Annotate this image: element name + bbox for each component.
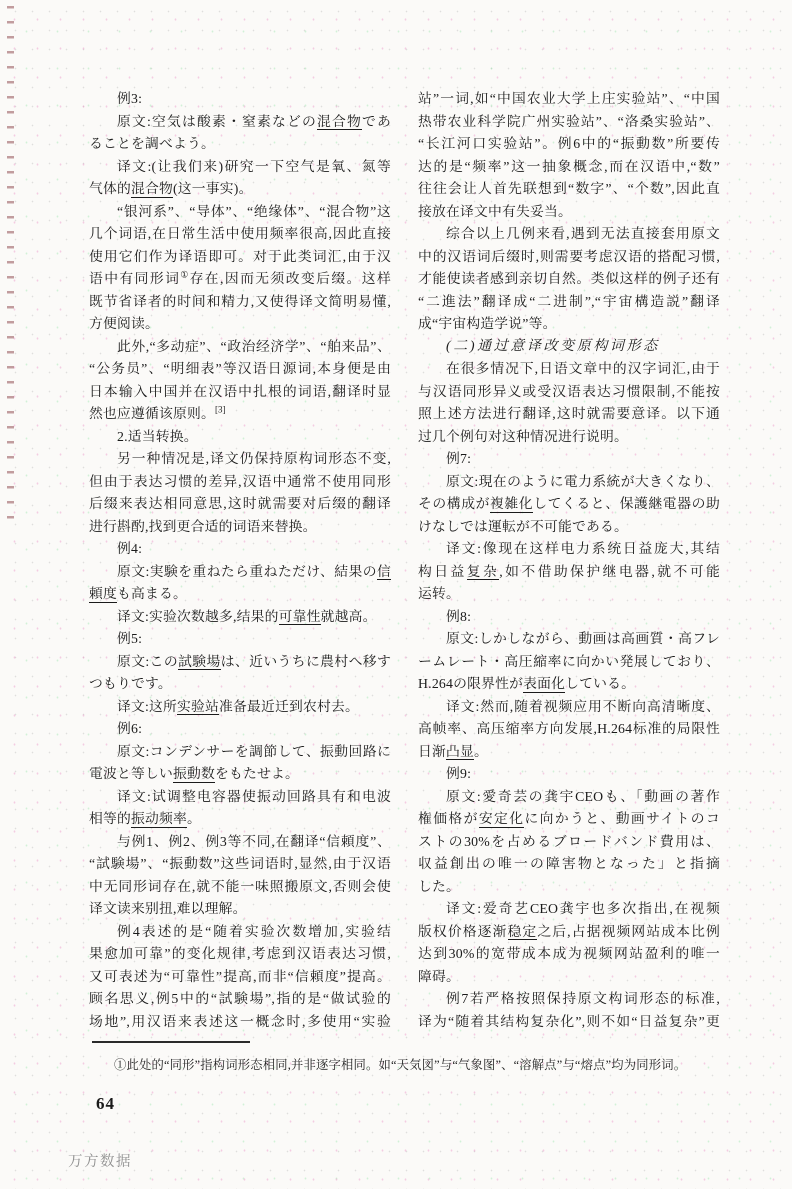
text-line: 几个词语,在日常生活中使用频率很高,因此直接 (89, 223, 391, 246)
text-line: つもりです。 (89, 673, 391, 696)
text-line: けなしでは運転が不可能である。 (418, 516, 720, 539)
text-line: ることを調べよう。 (89, 133, 391, 156)
text-segment: 才能使读者感到亲切自然。类似这样的例子还有 (418, 271, 720, 286)
text-segment: 2.适当转换。 (117, 429, 198, 444)
text-segment: 電波と等しい (89, 766, 173, 781)
underlined-term: 可靠性 (279, 609, 321, 626)
underlined-term: 振动频率 (131, 811, 187, 828)
text-segment: 版权价格逐渐 (418, 924, 508, 939)
text-segment: 果愈加可靠”的变化规律,考虑到汉语表达习惯, (89, 946, 391, 961)
text-segment: (二)通过意译改变原构词形态 (446, 339, 660, 354)
text-segment: 原文:しかしながら、動画は高画質・高フレ (446, 631, 720, 646)
text-line: 气体的混合物(这一事实)。 (89, 178, 391, 201)
text-line: 此外,“多动症”、“政治经济学”、“舶来品”、 (89, 336, 391, 359)
text-line: 译为“随着其结构复杂化”,则不如“日益复杂”更 (418, 1011, 720, 1034)
text-line: 中的汉语词后缀时,则需要考虑汉语的搭配习惯, (418, 246, 720, 269)
text-line: 原文:この試験場は、近いうちに農村へ移す (89, 651, 391, 674)
text-line: 日本输入中国并在汉语中扎根的词语,翻译时显 (89, 381, 391, 404)
text-segment: 既节省译者的时间和精力,又使得译文简明易懂, (89, 294, 391, 309)
text-line: 场地”,用汉语来表述这一概念时,多使用“实验 (89, 1011, 391, 1034)
text-segment: 场地”,用汉语来表述这一概念时,多使用“实验 (89, 1014, 391, 1029)
text-segment: 原文:空気は酸素・窒素などの (117, 114, 317, 129)
text-line: 例3: (89, 88, 391, 111)
text-line: 译文:然而,随着视频应用不断向高清晰度、 (418, 696, 720, 719)
text-line: 译文:实验次数越多,结果的可靠性就越高。 (89, 606, 391, 629)
text-line: 使用它们作为译语即可。对于此类词汇,由于汉 (89, 246, 391, 269)
text-segment: 例4: (117, 541, 142, 556)
text-line: 原文:実験を重ねたら重ねただけ、結果の信 (89, 561, 391, 584)
text-segment: 译文读来别扭,难以理解。 (89, 901, 247, 916)
text-line: 进行斟酌,找到更合适的词语来替换。 (89, 516, 391, 539)
text-line: 障碍。 (418, 966, 720, 989)
text-line: 版权价格逐渐稳定之后,占据视频网站成本比例 (418, 921, 720, 944)
text-line: 热带农业科学院广州实验站”、“洛桑实验站”、 (418, 111, 720, 134)
text-line: ームレート・高圧縮率に向かい発展しており、 (418, 651, 720, 674)
text-line: 日渐凸显。 (418, 741, 720, 764)
text-line: 中无同形词存在,就不能一味照搬原文,否则会使 (89, 876, 391, 899)
scanned-page: 例3:原文:空気は酸素・窒素などの混合物であることを調べよう。译文:(让我们来)… (0, 0, 792, 1189)
superscript-ref: [3] (215, 404, 226, 414)
text-line: 综合以上几例来看,遇到无法直接套用原文 (418, 223, 720, 246)
text-line: した。 (418, 876, 720, 899)
text-segment: 原文:愛奇芸の龚宇CEOも、「動画の著作 (446, 789, 720, 804)
text-segment: 原文:コンデンサーを調節して、振動回路に (117, 744, 391, 759)
text-segment: 方便阅读。 (89, 316, 159, 331)
text-line: H.264の限界性が表面化している。 (418, 673, 720, 696)
text-segment: も高まる。 (117, 586, 187, 601)
text-line: 过几个例句对这种情况进行说明。 (418, 426, 720, 449)
text-segment: 准备最近迁到农村去。 (219, 699, 359, 714)
footnote-text: ①此处的“同形”指构词形态相同,并非逐字相同。如“天気図”与“气象图”、“溶解点… (89, 1057, 723, 1074)
underlined-term: 混合物 (317, 114, 362, 131)
text-line: 译文:爱奇艺CEO龚宇也多次指出,在视频 (418, 898, 720, 921)
footnote-divider (92, 1041, 250, 1043)
text-line: 権価格が安定化に向かうと、動画サイトのコ (418, 808, 720, 831)
text-segment: 中的汉语词后缀时,则需要考虑汉语的搭配习惯, (418, 249, 720, 264)
text-line: 原文:コンデンサーを調節して、振動回路に (89, 741, 391, 764)
text-segment: 另一种情况是,译文仍保持原构词形态不变, (117, 451, 391, 466)
text-line: 頼度も高まる。 (89, 583, 391, 606)
text-segment: 站”一词,如“中国农业大学上庄实验站”、“中国 (418, 91, 720, 106)
text-segment: 热带农业科学院广州实验站”、“洛桑实验站”、 (418, 114, 720, 129)
text-segment: 在很多情况下,日语文章中的汉字词汇,由于 (446, 361, 720, 376)
text-segment: H.264の限界性が (418, 676, 523, 691)
text-segment: 译文:实验次数越多,结果的 (117, 609, 279, 624)
text-line: 高帧率、高压缩率方向发展,H.264标准的局限性 (418, 718, 720, 741)
text-segment: 往往会让人首先联想到“数字”、“个数”,因此直 (418, 181, 720, 196)
text-line: 顾名思义,例5中的“試験場”,指的是“做试验的 (89, 988, 391, 1011)
text-segment: 例5: (117, 631, 142, 646)
text-segment: 译文:试调整电容器使振动回路具有和电波 (117, 789, 391, 804)
text-line: “二進法”翻译成“二进制”,“宇宙構造説”翻译 (418, 291, 720, 314)
text-segment: けなしでは運転が不可能である。 (418, 519, 628, 534)
underlined-term: 混合物 (131, 181, 173, 198)
text-line: 収益創出の唯一の障害物となった」と指摘 (418, 853, 720, 876)
text-segment: (这一事实)。 (173, 181, 253, 196)
text-segment: 例6: (117, 721, 142, 736)
superscript-ref: ① (180, 269, 189, 279)
text-line: 電波と等しい振動数をもたせよ。 (89, 763, 391, 786)
text-line: 译文读来别扭,难以理解。 (89, 898, 391, 921)
text-line: ストの30%を占めるブロードバンド費用は、 (418, 831, 720, 854)
text-segment: その構成が (418, 496, 490, 511)
text-segment: に向かうと、動画サイトのコ (524, 811, 720, 826)
text-line: 原文:空気は酸素・窒素などの混合物であ (89, 111, 391, 134)
text-segment: 原文:現在のように電力系統が大きくなり、 (446, 474, 720, 489)
text-segment: 原文:この (117, 654, 178, 669)
text-segment: をもたせよ。 (215, 766, 299, 781)
text-segment: 例3: (117, 91, 142, 106)
underlined-term: 稳定 (508, 924, 538, 941)
text-line: 运转。 (418, 583, 720, 606)
text-line: 原文:しかしながら、動画は高画質・高フレ (418, 628, 720, 651)
text-line: “长江河口实验站”。例6中的“振動数”所要传 (418, 133, 720, 156)
text-segment: 日本输入中国并在汉语中扎根的词语,翻译时显 (89, 384, 391, 399)
text-segment: “银河系”、“导体”、“绝缘体”、“混合物”这 (117, 204, 391, 219)
text-line: 例7: (418, 448, 720, 471)
text-line: 例9: (418, 763, 720, 786)
text-segment: 成“宇宙构造学说”等。 (418, 316, 557, 331)
text-line: 果愈加可靠”的变化规律,考虑到汉语表达习惯, (89, 943, 391, 966)
text-segment: 后缀来表达相同意思,这时就需要对后缀的翻译 (89, 496, 391, 511)
text-segment: 例9: (446, 766, 471, 781)
text-line: 例5: (89, 628, 391, 651)
text-line: 照上述方法进行翻译,这时就需要意译。以下通 (418, 403, 720, 426)
text-segment: 几个词语,在日常生活中使用频率很高,因此直接 (89, 226, 391, 241)
text-segment: 例8: (446, 609, 471, 624)
page-number: 64 (96, 1094, 115, 1114)
text-line: 例4表述的是“随着实验次数增加,实验结 (89, 921, 391, 944)
text-segment: 气体的 (89, 181, 131, 196)
text-segment: 存在,因而无须改变后缀。这样 (190, 271, 391, 286)
text-line: 在很多情况下,日语文章中的汉字词汇,由于 (418, 358, 720, 381)
text-segment: “公务员”、“明细表”等汉语日源词,本身便是由 (89, 361, 391, 376)
text-segment: 与例1、例2、例3等不同,在翻译“信頼度”、 (117, 834, 391, 849)
underlined-term: 頼度 (89, 586, 117, 603)
text-segment: 。 (474, 744, 488, 759)
text-line: 例4: (89, 538, 391, 561)
text-segment: 例7若严格按照保持原文构词形态的标准, (446, 991, 720, 1006)
text-line: 例8: (418, 606, 720, 629)
text-line: 构日益复杂,如不借助保护继电器,就不可能 (418, 561, 720, 584)
text-line: 既节省译者的时间和精力,又使得译文简明易懂, (89, 291, 391, 314)
text-line: 后缀来表达相同意思,这时就需要对后缀的翻译 (89, 493, 391, 516)
text-segment: 。 (187, 811, 201, 826)
text-segment: 译为“随着其结构复杂化”,则不如“日益复杂”更 (418, 1014, 720, 1029)
text-line: 译文:像现在这样电力系统日益庞大,其结 (418, 538, 720, 561)
text-segment: であ (362, 114, 391, 129)
text-segment: “二進法”翻译成“二进制”,“宇宙構造説”翻译 (418, 294, 720, 309)
text-segment: 日渐 (418, 744, 446, 759)
underlined-term: 凸显 (446, 744, 474, 761)
text-segment: 译文:这所 (117, 699, 177, 714)
text-segment: 照上述方法进行翻译,这时就需要意译。以下通 (418, 406, 720, 421)
text-segment: 障碍。 (418, 969, 460, 984)
left-column: 例3:原文:空気は酸素・窒素などの混合物であることを調べよう。译文:(让我们来)… (89, 88, 391, 1033)
text-segment: 运转。 (418, 586, 460, 601)
text-segment: 达到30%的宽带成本成为视频网站盈利的唯一 (418, 946, 720, 961)
text-segment: 中无同形词存在,就不能一味照搬原文,否则会使 (89, 879, 391, 894)
text-segment: 原文:実験を重ねたら重ねただけ、結果の (117, 564, 377, 579)
underlined-term: 实验站 (177, 699, 219, 716)
text-segment: は、近いうちに農村へ移す (221, 654, 391, 669)
text-segment: 又可表述为“可靠性”提高,而非“信頼度”提高。 (89, 969, 391, 984)
text-line: 然也应遵循该原则。[3] (89, 403, 391, 426)
text-line: 达到30%的宽带成本成为视频网站盈利的唯一 (418, 943, 720, 966)
text-segment: 进行斟酌,找到更合适的词语来替换。 (89, 519, 317, 534)
text-segment: 译文:然而,随着视频应用不断向高清晰度、 (446, 699, 720, 714)
text-line: 才能使读者感到亲切自然。类似这样的例子还有 (418, 268, 720, 291)
text-line: 与汉语同形异义或受汉语表达习惯限制,不能按 (418, 381, 720, 404)
section-heading-line: (二)通过意译改变原构词形态 (418, 336, 720, 359)
underlined-term: 振動数 (173, 766, 215, 783)
text-segment: 达的是“频率”这一抽象概念,而在汉语中,“数” (418, 159, 720, 174)
text-segment: 与汉语同形异义或受汉语表达习惯限制,不能按 (418, 384, 720, 399)
text-segment: “試験場”、“振動数”这些词语时,显然,由于汉语 (89, 856, 391, 871)
text-line: 2.适当转换。 (89, 426, 391, 449)
text-segment: ームレート・高圧縮率に向かい発展しており、 (418, 654, 720, 669)
text-line: “試験場”、“振動数”这些词语时,显然,由于汉语 (89, 853, 391, 876)
text-line: 例6: (89, 718, 391, 741)
text-segment: ることを調べよう。 (89, 136, 215, 151)
text-segment: 顾名思义,例5中的“試験場”,指的是“做试验的 (89, 991, 391, 1006)
text-segment: 译文:像现在这样电力系统日益庞大,其结 (446, 541, 720, 556)
text-line: 译文:试调整电容器使振动回路具有和电波 (89, 786, 391, 809)
text-segment: 然也应遵循该原则。 (89, 406, 215, 421)
text-segment: つもりです。 (89, 676, 172, 691)
text-line: 相等的振动频率。 (89, 808, 391, 831)
text-line: 译文:这所实验站准备最近迁到农村去。 (89, 696, 391, 719)
right-column: 站”一词,如“中国农业大学上庄实验站”、“中国热带农业科学院广州实验站”、“洛桑… (418, 88, 720, 1033)
text-segment: 过几个例句对这种情况进行说明。 (418, 429, 628, 444)
text-segment: してくると、保護継電器の助 (533, 496, 720, 511)
text-segment: 接放在译文中有失妥当。 (418, 204, 572, 219)
scan-artifact-marks (7, 6, 14, 524)
text-line: 达的是“频率”这一抽象概念,而在汉语中,“数” (418, 156, 720, 179)
watermark-wanfang: 万方数据 (68, 1150, 132, 1171)
text-segment: ストの30%を占めるブロードバンド費用は、 (418, 834, 720, 849)
text-line: 原文:現在のように電力系統が大きくなり、 (418, 471, 720, 494)
text-segment: “长江河口实验站”。例6中的“振動数”所要传 (418, 136, 720, 151)
text-line: 方便阅读。 (89, 313, 391, 336)
text-line: 成“宇宙构造学说”等。 (418, 313, 720, 336)
text-segment: 収益創出の唯一の障害物となった」と指摘 (418, 856, 720, 871)
text-segment: 例4表述的是“随着实验次数增加,实验结 (117, 924, 391, 939)
underlined-term: 安定化 (479, 811, 525, 828)
text-line: 另一种情况是,译文仍保持原构词形态不变, (89, 448, 391, 471)
text-line: 往往会让人首先联想到“数字”、“个数”,因此直 (418, 178, 720, 201)
text-line: 语中有同形词①存在,因而无须改变后缀。这样 (89, 268, 391, 291)
text-segment: 译文:(让我们来)研究一下空气是氧、氮等 (117, 159, 391, 174)
text-line: 站”一词,如“中国农业大学上庄实验站”、“中国 (418, 88, 720, 111)
text-segment: 使用它们作为译语即可。对于此类词汇,由于汉 (89, 249, 391, 264)
underlined-term: 表面化 (523, 676, 565, 693)
underlined-term: 試験場 (178, 654, 221, 671)
underlined-term: 信 (377, 564, 391, 581)
text-segment: 但由于表达习惯的差异,汉语中通常不使用同形 (89, 474, 391, 489)
text-segment: 権価格が (418, 811, 479, 826)
text-segment: 此外,“多动症”、“政治经济学”、“舶来品”、 (117, 339, 391, 354)
text-segment: 构日益 (418, 564, 467, 579)
text-line: 与例1、例2、例3等不同,在翻译“信頼度”、 (89, 831, 391, 854)
text-segment: している。 (565, 676, 635, 691)
text-segment: 语中有同形词 (89, 271, 180, 286)
text-line: 但由于表达习惯的差异,汉语中通常不使用同形 (89, 471, 391, 494)
text-segment: 相等的 (89, 811, 131, 826)
text-segment: 译文:爱奇艺CEO龚宇也多次指出,在视频 (446, 901, 720, 916)
text-line: 原文:愛奇芸の龚宇CEOも、「動画の著作 (418, 786, 720, 809)
text-line: その構成が複雑化してくると、保護継電器の助 (418, 493, 720, 516)
text-segment: ,如不借助保护继电器,就不可能 (499, 564, 720, 579)
text-line: “银河系”、“导体”、“绝缘体”、“混合物”这 (89, 201, 391, 224)
text-segment: 高帧率、高压缩率方向发展,H.264标准的局限性 (418, 721, 720, 736)
underlined-term: 复杂 (467, 564, 500, 581)
text-line: 又可表述为“可靠性”提高,而非“信頼度”提高。 (89, 966, 391, 989)
text-segment: した。 (418, 879, 460, 894)
text-segment: 就越高。 (321, 609, 377, 624)
text-line: 例7若严格按照保持原文构词形态的标准, (418, 988, 720, 1011)
underlined-term: 複雑化 (490, 496, 533, 513)
text-segment: 例7: (446, 451, 471, 466)
text-line: “公务员”、“明细表”等汉语日源词,本身便是由 (89, 358, 391, 381)
text-line: 接放在译文中有失妥当。 (418, 201, 720, 224)
text-line: 译文:(让我们来)研究一下空气是氧、氮等 (89, 156, 391, 179)
text-segment: 之后,占据视频网站成本比例 (537, 924, 720, 939)
text-segment: 综合以上几例来看,遇到无法直接套用原文 (446, 226, 720, 241)
